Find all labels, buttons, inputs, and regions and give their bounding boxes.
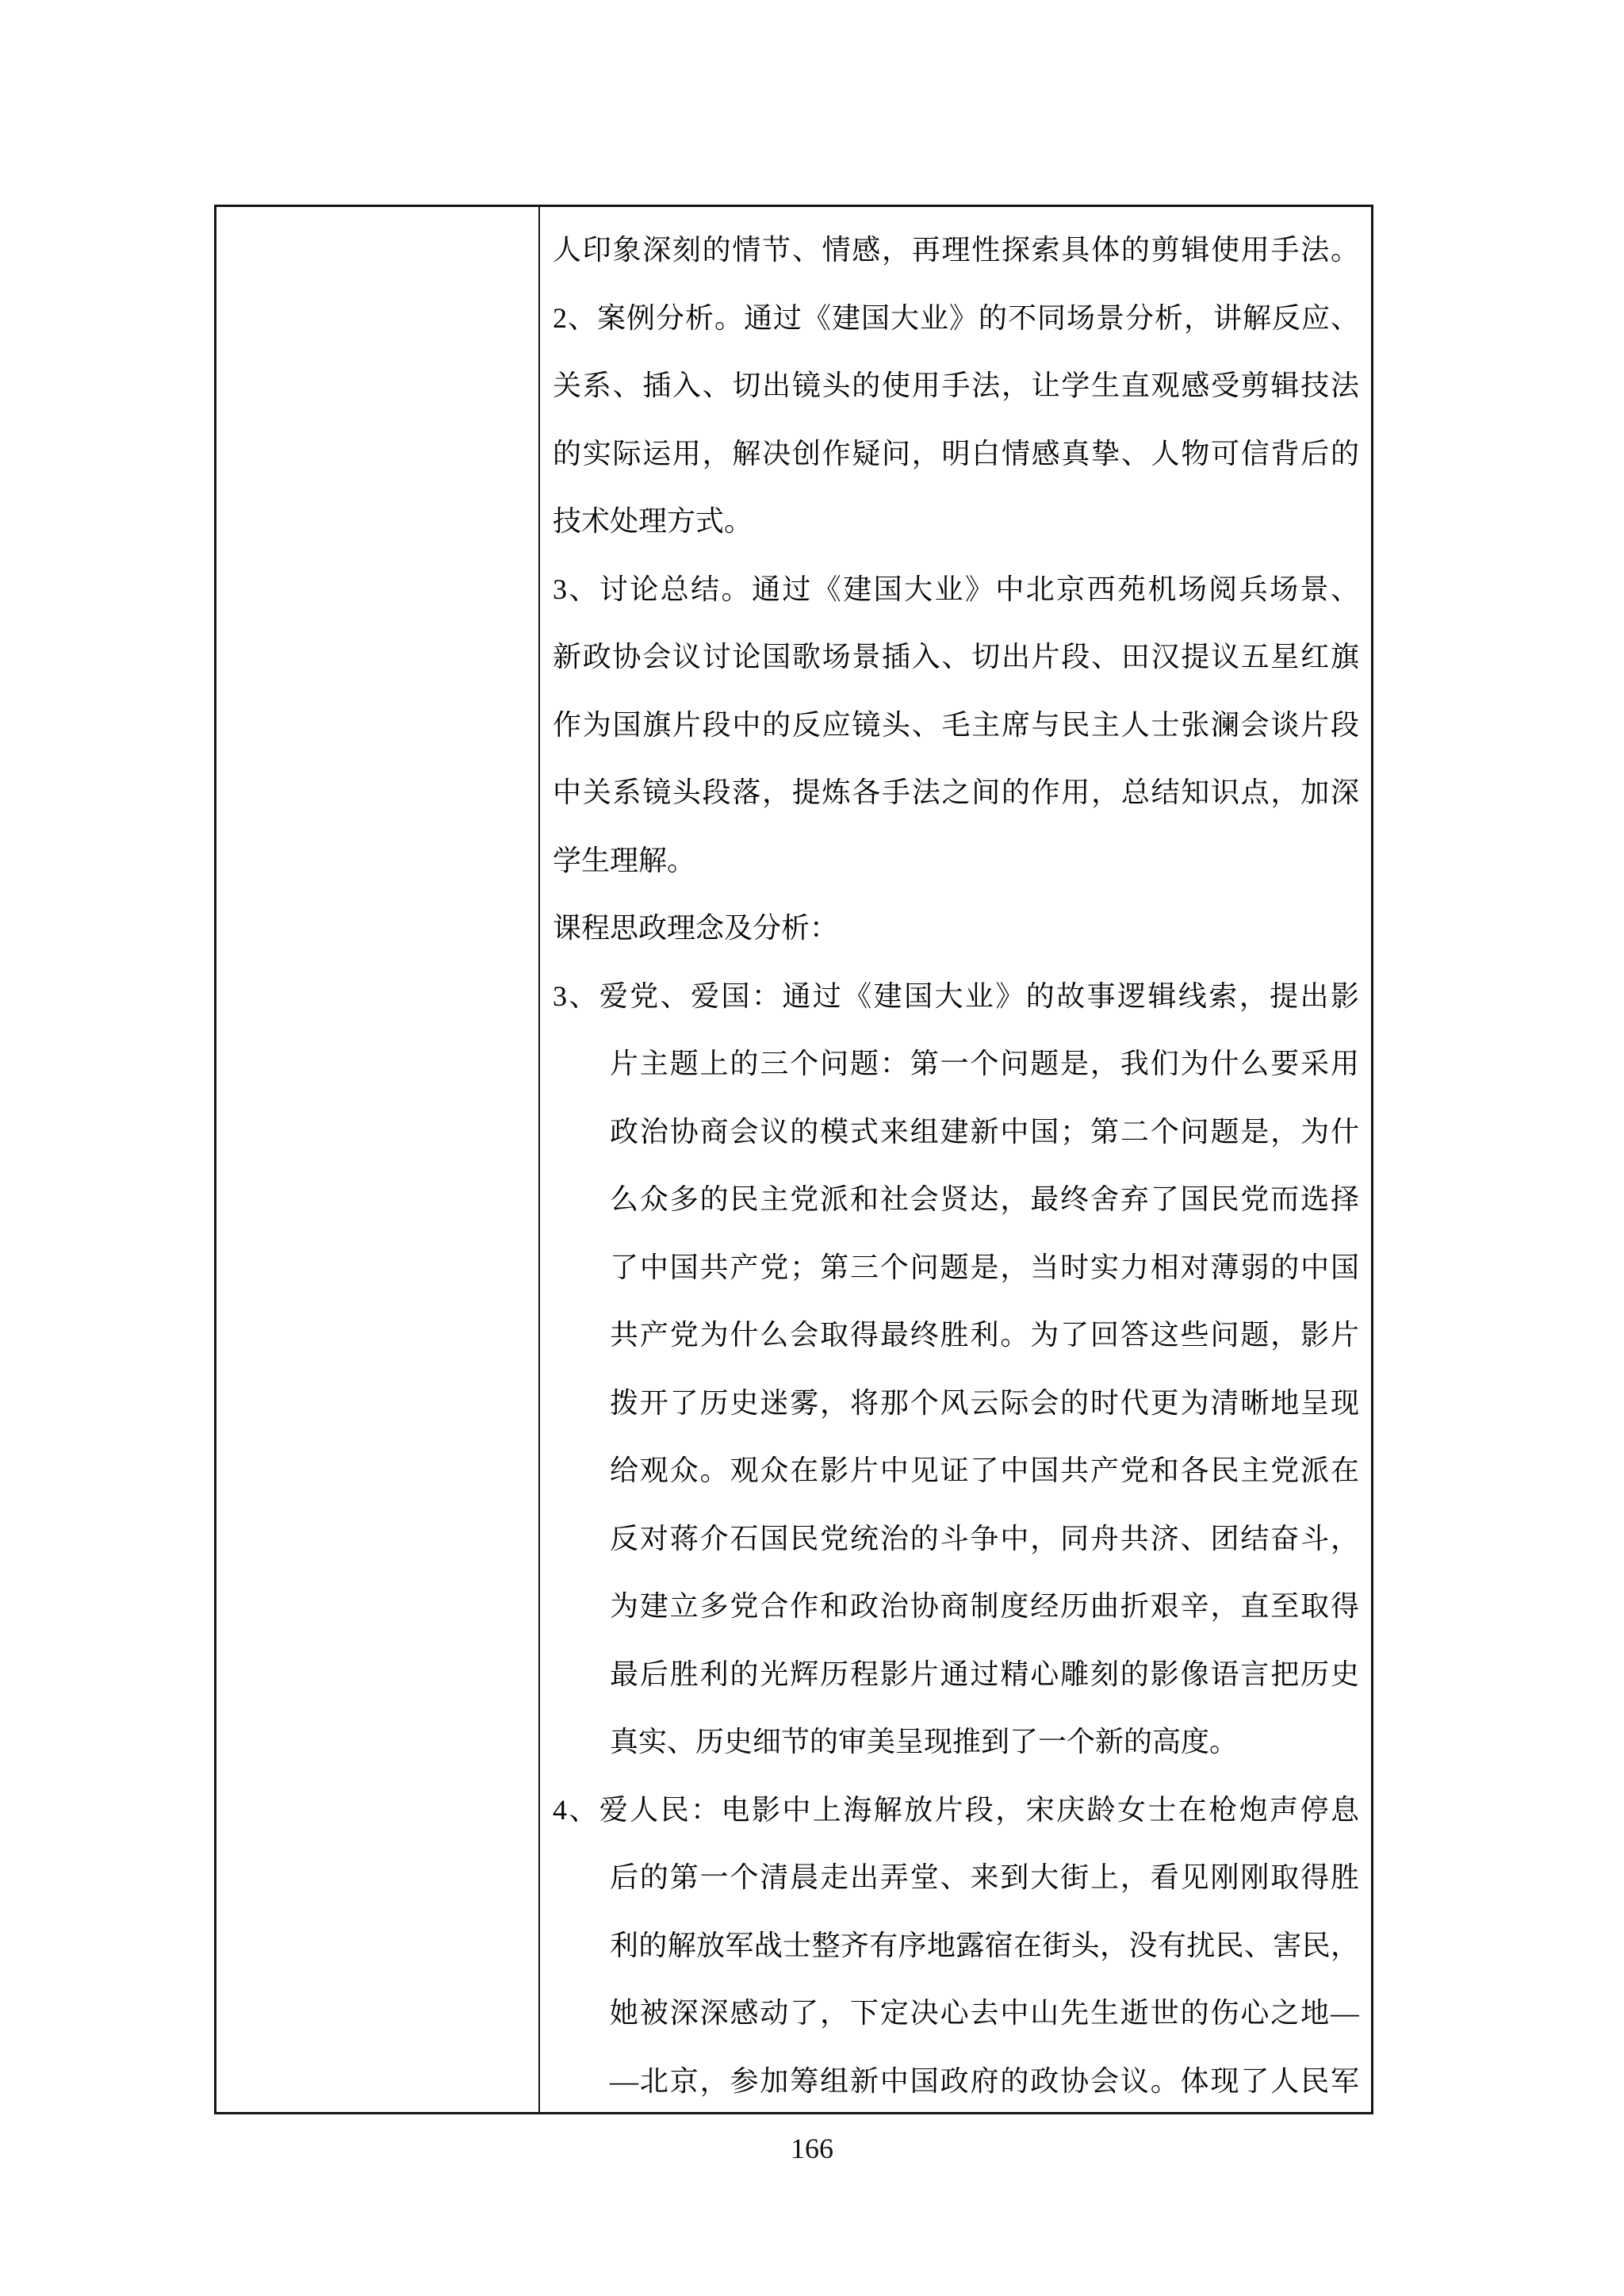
text-line: 中关系镜头段落，提炼各手法之间的作用，总结知识点，加深: [553, 759, 1359, 827]
text-line: 课程思政理念及分析：: [553, 895, 1359, 963]
text-line: 技术处理方式。: [553, 488, 1359, 556]
document-page: 人印象深刻的情节、情感，再理性探索具体的剪辑使用手法。2、案例分析。通过《建国大…: [0, 0, 1624, 2296]
text-line: 为建立多党合作和政治协商制度经历曲折艰辛，直至取得: [553, 1573, 1359, 1641]
text-line: 3、讨论总结。通过《建国大业》中北京西苑机场阅兵场景、: [553, 556, 1359, 624]
text-line: 共产党为什么会取得最终胜利。为了回答这些问题，影片: [553, 1301, 1359, 1370]
text-line: 新政协会议讨论国歌场景插入、切出片段、田汉提议五星红旗: [553, 623, 1359, 692]
page-number: 166: [0, 2132, 1624, 2165]
text-line: 拨开了历史迷雾，将那个风云际会的时代更为清晰地呈现: [553, 1370, 1359, 1438]
text-line: 片主题上的三个问题：第一个问题是，我们为什么要采用: [553, 1030, 1359, 1098]
text-line: 给观众。观众在影片中见证了中国共产党和各民主党派在: [553, 1437, 1359, 1505]
text-line: 4、爱人民：电影中上海解放片段，宋庆龄女士在枪炮声停息: [553, 1777, 1359, 1845]
text-line: 关系、插入、切出镜头的使用手法，让学生直观感受剪辑技法: [553, 352, 1359, 420]
text-line: 的实际运用，解决创作疑问，明白情感真挚、人物可信背后的: [553, 420, 1359, 489]
text-line: 政治协商会议的模式来组建新中国；第二个问题是，为什: [553, 1098, 1359, 1167]
table-right-cell: 人印象深刻的情节、情感，再理性探索具体的剪辑使用手法。2、案例分析。通过《建国大…: [540, 207, 1371, 2112]
text-line: 学生理解。: [553, 827, 1359, 895]
text-line: 最后胜利的光辉历程影片通过精心雕刻的影像语言把历史: [553, 1641, 1359, 1709]
lesson-plan-table: 人印象深刻的情节、情感，再理性探索具体的剪辑使用手法。2、案例分析。通过《建国大…: [214, 205, 1373, 2114]
text-line: 2、案例分析。通过《建国大业》的不同场景分析，讲解反应、: [553, 285, 1359, 353]
text-line: 了中国共产党；第三个问题是，当时实力相对薄弱的中国: [553, 1234, 1359, 1302]
text-line: —北京，参加筹组新中国政府的政协会议。体现了人民军: [553, 2048, 1359, 2113]
text-line: 人印象深刻的情节、情感，再理性探索具体的剪辑使用手法。: [553, 217, 1359, 285]
text-line: 后的第一个清晨走出弄堂、来到大街上，看见刚刚取得胜: [553, 1844, 1359, 1912]
text-line: 反对蒋介石国民党统治的斗争中，同舟共济、团结奋斗，: [553, 1505, 1359, 1573]
text-line: 利的解放军战士整齐有序地露宿在街头，没有扰民、害民，: [553, 1912, 1359, 1980]
text-line: 3、爱党、爱国：通过《建国大业》的故事逻辑线索，提出影: [553, 963, 1359, 1031]
text-line: 她被深深感动了，下定决心去中山先生逝世的伤心之地—: [553, 1980, 1359, 2048]
text-line: 真实、历史细节的审美呈现推到了一个新的高度。: [553, 1708, 1359, 1777]
text-line: 么众多的民主党派和社会贤达，最终舍弃了国民党而选择: [553, 1166, 1359, 1234]
table-left-cell: [216, 207, 540, 2112]
text-line: 作为国旗片段中的反应镜头、毛主席与民主人士张澜会谈片段: [553, 692, 1359, 760]
